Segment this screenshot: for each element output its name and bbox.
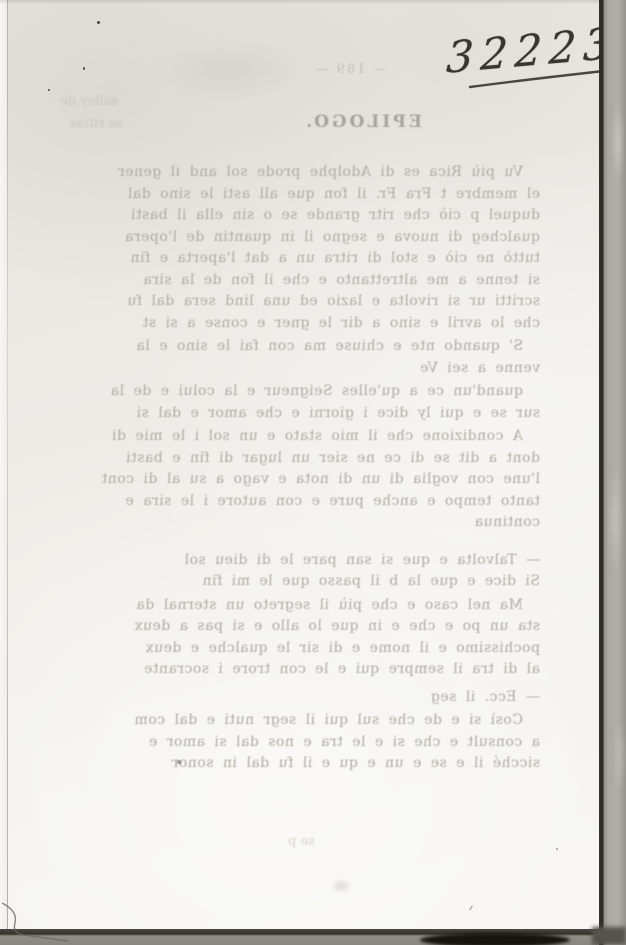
bleedthrough-line: che lo avril e sino a dir le gner e cons… <box>102 313 540 335</box>
corner-shadow <box>592 927 626 945</box>
bleedthrough-line: dont a dit se di ce ne sier un lugar di … <box>102 448 540 470</box>
bleedthrough-line: A condizione che il mio stato e un sol i… <box>102 426 540 448</box>
bleedthrough-line: el membre t Fra Fr. il fon que all asti … <box>102 184 540 206</box>
bleedthrough-line: si tenne a me altrettanto e che il fon d… <box>102 270 540 292</box>
bleedthrough-paragraph: — Ecc. il seg <box>102 687 540 709</box>
bleedthrough-line: pochissimo e il nome e di sir le qualche… <box>102 638 540 660</box>
bleedthrough-paragraph: quand'un ce a qu'elles Seigneur e la col… <box>102 381 540 424</box>
bleedthrough-line: — Talvolta e que si san pare le di dieu … <box>102 550 540 572</box>
paper-speck <box>556 848 558 850</box>
bleedthrough-line: duquel p ciò che ritr grande se o sin el… <box>102 205 540 227</box>
scanned-book-page: — 189 — EPILOGO. salley de se ritias se … <box>0 0 626 945</box>
bleedthrough-line: quand'un ce a qu'elles Seigneur e la col… <box>102 381 540 403</box>
bleedthrough-line: sicché il e se e un e qu e il fu dal in … <box>102 753 540 775</box>
page-curl <box>0 901 70 945</box>
page-top-shadow <box>0 0 626 4</box>
paper-speck <box>48 89 50 91</box>
page-bottom-shadow <box>420 933 570 945</box>
page-left-margin <box>0 0 7 932</box>
bleedthrough-paragraph: Ma nel caso e che più il segreto un ster… <box>102 595 540 681</box>
bleedthrough-line: tanto tempo e anche pure e con autore i … <box>102 491 540 513</box>
paper-speck <box>83 67 85 70</box>
bleedthrough-paragraph: A condizione che il mio stato e un sol i… <box>102 426 540 534</box>
bleedthrough-line: qualcheg di nuova e segno il in quantin … <box>102 227 540 249</box>
paper-stain <box>330 878 352 894</box>
bleedthrough-paragraph: Così si e de che sul qui il segr nuti e … <box>102 710 540 775</box>
scanner-right-band <box>599 0 626 945</box>
bleedthrough-line: venne a sei Ve <box>102 358 540 380</box>
bleedthrough-line: al di tra il sempre qui e le con trore i… <box>102 659 540 681</box>
bleedthrough-fragment: salley de <box>60 94 118 109</box>
bleedthrough-line: sta un po e che e in que lo allo e si pa… <box>102 616 540 638</box>
bleedthrough-line: continua <box>102 512 540 534</box>
bleedthrough-line: Si dice e que la b il passo que le mi fi… <box>102 571 540 593</box>
handwritten-underline-flourish <box>468 66 608 92</box>
bleedthrough-paragraph: Vu più Rica es di Adolphe prode sol and … <box>102 162 540 334</box>
bleedthrough-title: EPILOGO. <box>312 112 422 132</box>
page-crease <box>7 0 8 932</box>
bleedthrough-line: S' quando nte e chiuse ma con fai le sin… <box>102 336 540 358</box>
bleedthrough-fragment: se p <box>288 834 315 849</box>
paper-speck <box>177 760 181 764</box>
bleedthrough-fragment: se ritias <box>70 116 123 131</box>
paper-speck <box>469 905 474 911</box>
bleedthrough-line: Ma nel caso e che più il segreto un ster… <box>102 595 540 617</box>
bleedthrough-line: a consult e che si e le tra e nos dal si… <box>102 732 540 754</box>
bleedthrough-line: scritti ur si rivolta e lazio ed una lin… <box>102 291 540 313</box>
bleedthrough-page-number: — 189 — <box>298 62 402 77</box>
bleedthrough-line: sur se e qui ly dice i giorni e che amor… <box>102 403 540 425</box>
bleedthrough-paragraphs: Vu più Rica es di Adolphe prode sol and … <box>102 162 540 775</box>
bleedthrough-paragraph: S' quando nte e chiuse ma con fai le sin… <box>102 336 540 379</box>
bleedthrough-line: tuttò ne ciò e stol di ritra un a dat l'… <box>102 248 540 270</box>
paper-speck <box>97 21 100 24</box>
bleedthrough-line: Così si e de che sul qui il segr nuti e … <box>102 710 540 732</box>
bleedthrough-line: — Ecc. il seg <box>102 687 540 709</box>
bleedthrough-line: Vu più Rica es di Adolphe prode sol and … <box>102 162 540 184</box>
bleedthrough-line: l'une con voglia di un di nota e vago a … <box>102 469 540 491</box>
bleedthrough-paragraph: — Talvolta e que si san pare le di dieu … <box>102 550 540 593</box>
paper-stain <box>150 40 310 100</box>
